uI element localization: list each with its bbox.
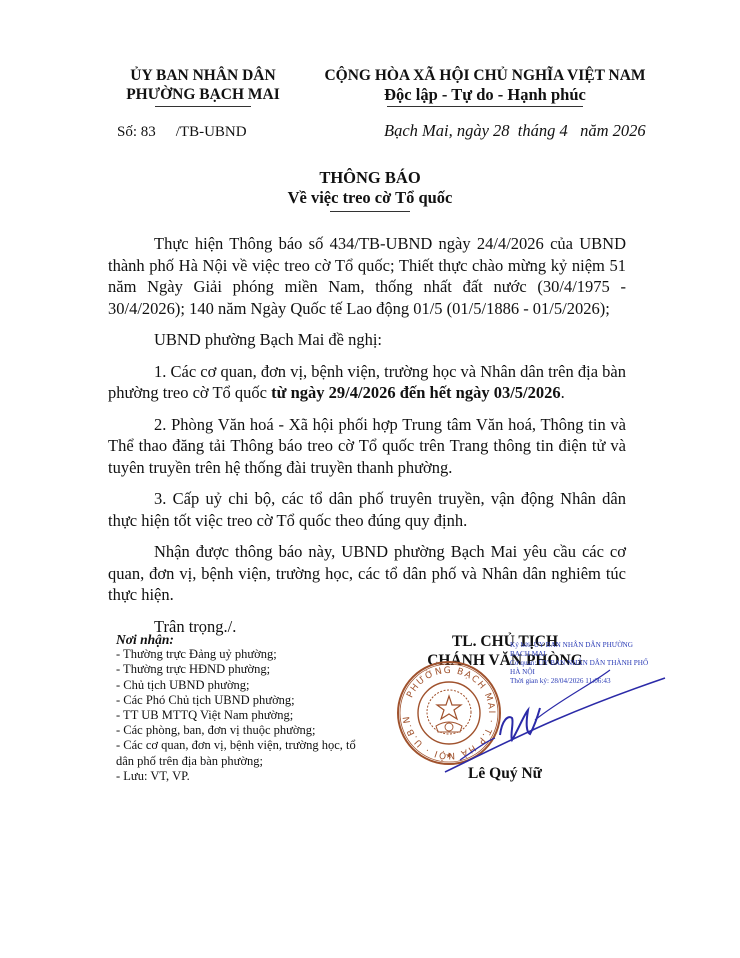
recipient-item: - Lưu: VT, VP.: [116, 769, 376, 784]
recipient-item: - TT UB MTTQ Việt Nam phường;: [116, 708, 376, 723]
recipients-label: Nơi nhận:: [116, 632, 376, 647]
title-main: THÔNG BÁO: [0, 168, 740, 188]
recipients-list: Nơi nhận: - Thường trực Đảng uỷ phường; …: [116, 632, 376, 784]
agency-line-1: ỦY BAN NHÂN DÂN: [108, 66, 298, 85]
paragraph-closing: Nhận được thông báo này, UBND phường Bạc…: [108, 541, 626, 606]
item-1-end: .: [561, 383, 565, 402]
paragraph-preamble: Thực hiện Thông báo số 434/TB-UBND ngày …: [108, 233, 626, 319]
national-motto: CỘNG HÒA XÃ HỘI CHỦ NGHĨA VIỆT NAM Độc l…: [305, 66, 665, 107]
recipient-item: - Chủ tịch UBND phường;: [116, 678, 376, 693]
recipient-item: - Thường trực HĐND phường;: [116, 662, 376, 677]
digital-signature-info: Ký bởi: ỦY BAN NHÂN DÂN PHƯỜNG BẠCH MAI …: [510, 641, 650, 686]
recipient-item: - Thường trực Đảng uỷ phường;: [116, 647, 376, 662]
recipient-item: - Các cơ quan, đơn vị, bệnh viện, trường…: [116, 738, 376, 768]
paragraph-item-1: 1. Các cơ quan, đơn vị, bệnh viện, trườn…: [108, 361, 626, 404]
place-date: Bạch Mai, ngày 28 tháng 4 năm 2026: [384, 121, 646, 141]
document-number: Số: 83/TB-UBND: [117, 124, 247, 141]
motto-underline: [387, 106, 583, 107]
document-body: Thực hiện Thông báo số 434/TB-UBND ngày …: [108, 233, 626, 647]
digital-org: Cơ quan: ỦY BAN NHÂN DÂN THÀNH PHỐ HÀ NỘ…: [510, 659, 650, 677]
agency-line-2: PHƯỜNG BẠCH MAI: [108, 85, 298, 104]
doc-number-label: Số: 83: [117, 124, 156, 140]
issuing-agency: ỦY BAN NHÂN DÂN PHƯỜNG BẠCH MAI: [108, 66, 298, 107]
recipient-item: - Các Phó Chủ tịch UBND phường;: [116, 693, 376, 708]
doc-number-suffix: /TB-UBND: [176, 124, 247, 140]
title-subtitle: Về việc treo cờ Tổ quốc: [0, 188, 740, 208]
document-title: THÔNG BÁO Về việc treo cờ Tổ quốc: [0, 168, 740, 212]
paragraph-item-2: 2. Phòng Văn hoá - Xã hội phối hợp Trung…: [108, 414, 626, 479]
item-1-date-range: từ ngày 29/4/2026 đến hết ngày 03/5/2026: [271, 383, 561, 402]
paragraph-request-intro: UBND phường Bạch Mai đề nghị:: [108, 329, 626, 351]
signer-name: Lê Quý Nữ: [405, 765, 605, 783]
nation-line-1: CỘNG HÒA XÃ HỘI CHỦ NGHĨA VIỆT NAM: [305, 66, 665, 85]
digital-time: Thời gian ký: 28/04/2026 11:06:43: [510, 677, 650, 686]
digital-signed-by: Ký bởi: ỦY BAN NHÂN DÂN PHƯỜNG BẠCH MAI: [510, 641, 650, 659]
nation-line-2: Độc lập - Tự do - Hạnh phúc: [305, 85, 665, 104]
title-underline: [330, 211, 410, 212]
paragraph-item-3: 3. Cấp uỷ chi bộ, các tổ dân phố truyên …: [108, 488, 626, 531]
recipient-item: - Các phòng, ban, đơn vị thuộc phường;: [116, 723, 376, 738]
agency-underline: [155, 106, 251, 107]
